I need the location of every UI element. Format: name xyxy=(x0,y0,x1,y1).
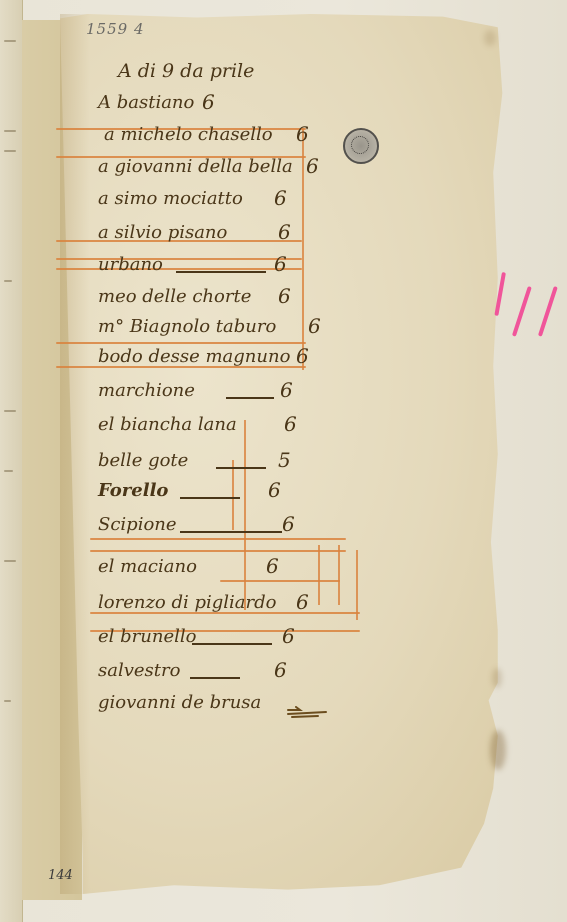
red-chalk-rule xyxy=(90,550,346,552)
entry-value: 6 xyxy=(278,284,291,308)
entry-value: 6 xyxy=(266,554,279,578)
stain xyxy=(492,668,502,688)
ink-dash xyxy=(216,467,266,469)
entry-value: 6 xyxy=(308,314,321,338)
list-item: salvestro 6 xyxy=(98,660,338,688)
entry-name: meo delle chorte xyxy=(98,286,251,307)
entry-value: 6 xyxy=(274,658,287,682)
entry-value: 6 xyxy=(278,220,291,244)
entry-value: 6 xyxy=(282,512,295,536)
entry-value: 6 xyxy=(296,344,309,368)
entry-name: giovanni de brusa xyxy=(98,692,261,713)
list-item: el biancha lana 6 xyxy=(98,414,338,442)
list-item: a simo mociatto 6 xyxy=(98,188,338,216)
entry-value: 6 xyxy=(274,252,287,276)
ink-dash xyxy=(190,677,240,679)
list-item: lorenzo di pigliardo 6 xyxy=(98,592,358,620)
adjacent-page-edge xyxy=(0,0,23,922)
stain xyxy=(484,30,496,46)
ink-dash xyxy=(180,497,240,499)
list-item: a giovanni della bella 6 xyxy=(98,156,338,184)
list-item: m° Biagnolo taburo 6 xyxy=(98,316,338,344)
entry-value: 6 xyxy=(274,186,287,210)
list-item: Forello 6 xyxy=(98,480,338,508)
entry-name: marchione xyxy=(98,380,195,401)
ink-dash xyxy=(192,643,272,645)
entry-name: m° Biagnolo taburo xyxy=(98,316,276,337)
list-item: meo delle chorte 6 xyxy=(98,286,338,314)
entry-name: el brunello xyxy=(98,626,196,647)
list-item: el maciano 6 xyxy=(98,556,338,584)
list-item: Scipione 6 xyxy=(98,514,338,542)
entry-name: el maciano xyxy=(98,556,197,577)
document-heading: A di 9 da prile xyxy=(118,60,254,82)
entry-name: belle gote xyxy=(98,450,188,471)
entry-name: Forello xyxy=(98,480,168,501)
entry-name: A bastiano xyxy=(98,92,194,113)
entry-value: 6 xyxy=(202,90,215,114)
entry-name: Scipione xyxy=(98,514,177,535)
entry-name: a silvio pisano xyxy=(98,222,227,243)
list-item: a silvio pisano 6 xyxy=(98,222,338,250)
foliation-pencil: 1559 4 xyxy=(86,20,145,38)
entry-name: urbano xyxy=(98,254,163,275)
list-item: belle gote 5 xyxy=(98,450,338,478)
entry-name: lorenzo di pigliardo xyxy=(98,592,277,613)
ink-dash xyxy=(180,531,282,533)
list-item: urbano 6 xyxy=(98,254,338,282)
list-item: el brunello 6 xyxy=(98,626,338,654)
entry-value: 6 xyxy=(296,590,309,614)
leaf-fold-shadow xyxy=(60,14,90,894)
entry-name: a simo mociatto xyxy=(98,188,243,209)
ink-dash xyxy=(176,271,266,273)
library-stamp-icon xyxy=(343,128,379,164)
entry-value: 6 xyxy=(284,412,297,436)
page-number: 144 xyxy=(48,868,73,883)
entry-value: 6 xyxy=(306,154,319,178)
list-item: a michelo chasello 6 xyxy=(104,124,344,152)
stain xyxy=(490,730,506,770)
entry-name: a giovanni della bella xyxy=(98,156,293,177)
list-item: marchione 6 xyxy=(98,380,338,408)
entry-value: 5 xyxy=(278,448,291,472)
list-item: A bastiano 6 xyxy=(98,92,338,120)
entry-value: 6 xyxy=(282,624,295,648)
entry-name: salvestro xyxy=(98,660,180,681)
list-item: bodo desse magnuno 6 xyxy=(98,346,338,374)
entry-name: el biancha lana xyxy=(98,414,237,435)
entry-name: bodo desse magnuno xyxy=(98,346,290,367)
entry-value: 6 xyxy=(296,122,309,146)
ink-dash xyxy=(226,397,274,399)
ink-flourish-icon xyxy=(286,706,328,718)
entry-value: 6 xyxy=(268,478,281,502)
entry-name: a michelo chasello xyxy=(104,124,273,145)
entry-value: 6 xyxy=(280,378,293,402)
